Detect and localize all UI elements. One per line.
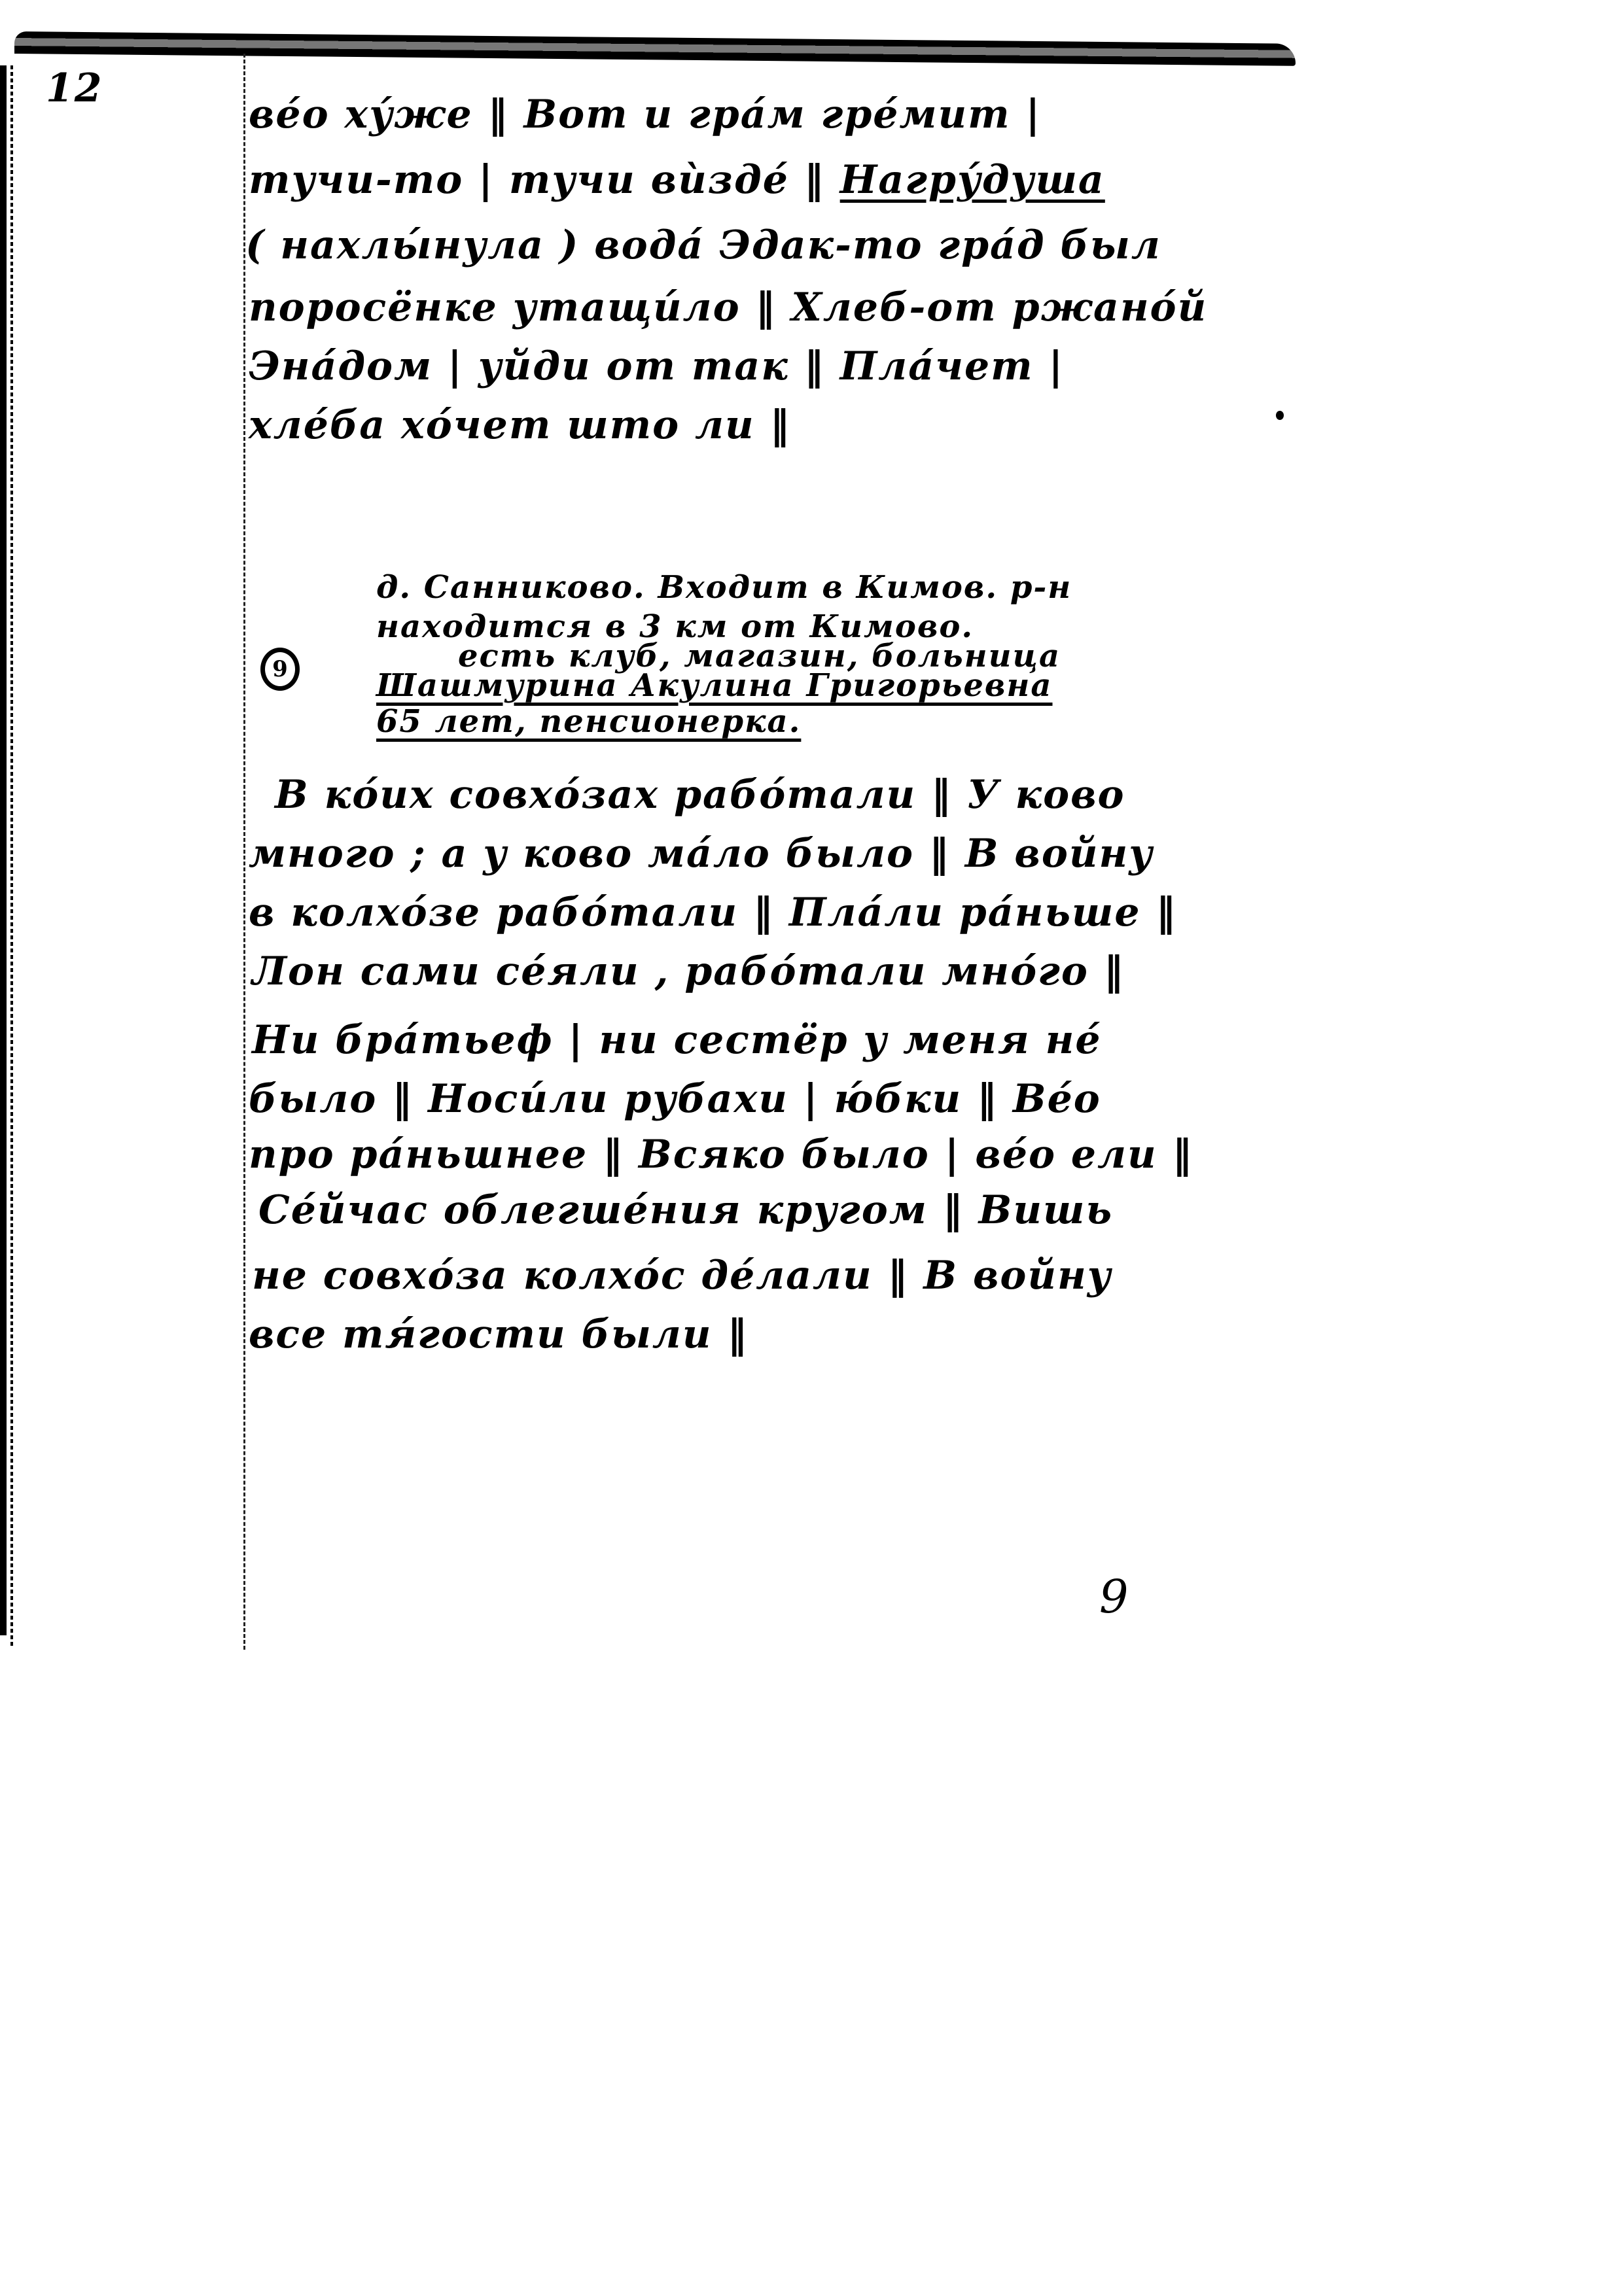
footer-page-number: 9 — [1099, 1570, 1130, 1624]
transcript-line-6: было ‖ Носи́ли рубахи | ю́бки ‖ Ве́о — [249, 1076, 1101, 1122]
transcript-line-4: Лон сами се́яли , рабо́тали мно́го ‖ — [252, 948, 1125, 994]
transcript-line-5: Ни бра́тьеф | ни сестёр у меня не́ — [252, 1017, 1102, 1063]
corner-page-number: 12 — [46, 65, 103, 111]
scan-left-edge — [0, 65, 7, 1635]
continuation-line-5: Эна́дом | уйди от так ‖ Пла́чет | — [249, 343, 1064, 389]
continuation-line-2-text: тучи-то | тучи вѝзде́ ‖ — [249, 157, 840, 203]
transcript-line-1: В ко́их совхо́зах рабо́тали ‖ У ково — [275, 772, 1125, 818]
informant-number-circle: 9 — [260, 648, 300, 691]
scan-left-edge-dashes — [10, 65, 13, 1648]
continuation-line-3: ( нахлы́нула ) вода́ Эдак-то гра́д был — [245, 222, 1161, 268]
transcript-line-10: все тя́гости были ‖ — [249, 1312, 748, 1357]
informant-age-occupation: 65 лет, пенсионерка. — [376, 703, 801, 740]
informant-name: Шашмурина Акулина Григорьевна — [376, 667, 1053, 704]
continuation-line-2: тучи-то | тучи вѝзде́ ‖ Нагру́душа — [249, 157, 1105, 203]
underlined-dialect-word: Нагру́душа — [840, 157, 1105, 203]
manuscript-page: 12 ве́о ху́же ‖ Вот и гра́м гре́мит | ту… — [0, 0, 1607, 2296]
transcript-line-3: в колхо́зе рабо́тали ‖ Пла́ли ра́ньше ‖ — [249, 890, 1176, 935]
continuation-line-6: хле́ба хо́чет што ли ‖ — [249, 402, 791, 448]
continuation-line-1: ве́о ху́же ‖ Вот и гра́м гре́мит | — [249, 92, 1041, 137]
village-line: д. Санниково. Входит в Кимов. р-н — [376, 569, 1072, 606]
continuation-line-4: поросёнке утащи́ло ‖ Хлеб-от ржано́й — [249, 285, 1207, 330]
village-line-text: д. Санниково. Входит в Кимов. р-н — [376, 569, 1072, 606]
notebook-binding-edge — [14, 31, 1296, 66]
margin-rule — [243, 54, 245, 1650]
ink-blot — [1276, 411, 1284, 420]
transcript-line-9: не совхо́за колхо́с де́лали ‖ В войну — [252, 1253, 1112, 1298]
transcript-line-8: Се́йчас облегше́ния кругом ‖ Вишь — [258, 1187, 1113, 1233]
transcript-line-7: про ра́ньшнее ‖ Всяко было | ве́о ели ‖ — [249, 1132, 1193, 1177]
transcript-line-2: много ; а у ково ма́ло было ‖ В войну — [249, 831, 1154, 877]
